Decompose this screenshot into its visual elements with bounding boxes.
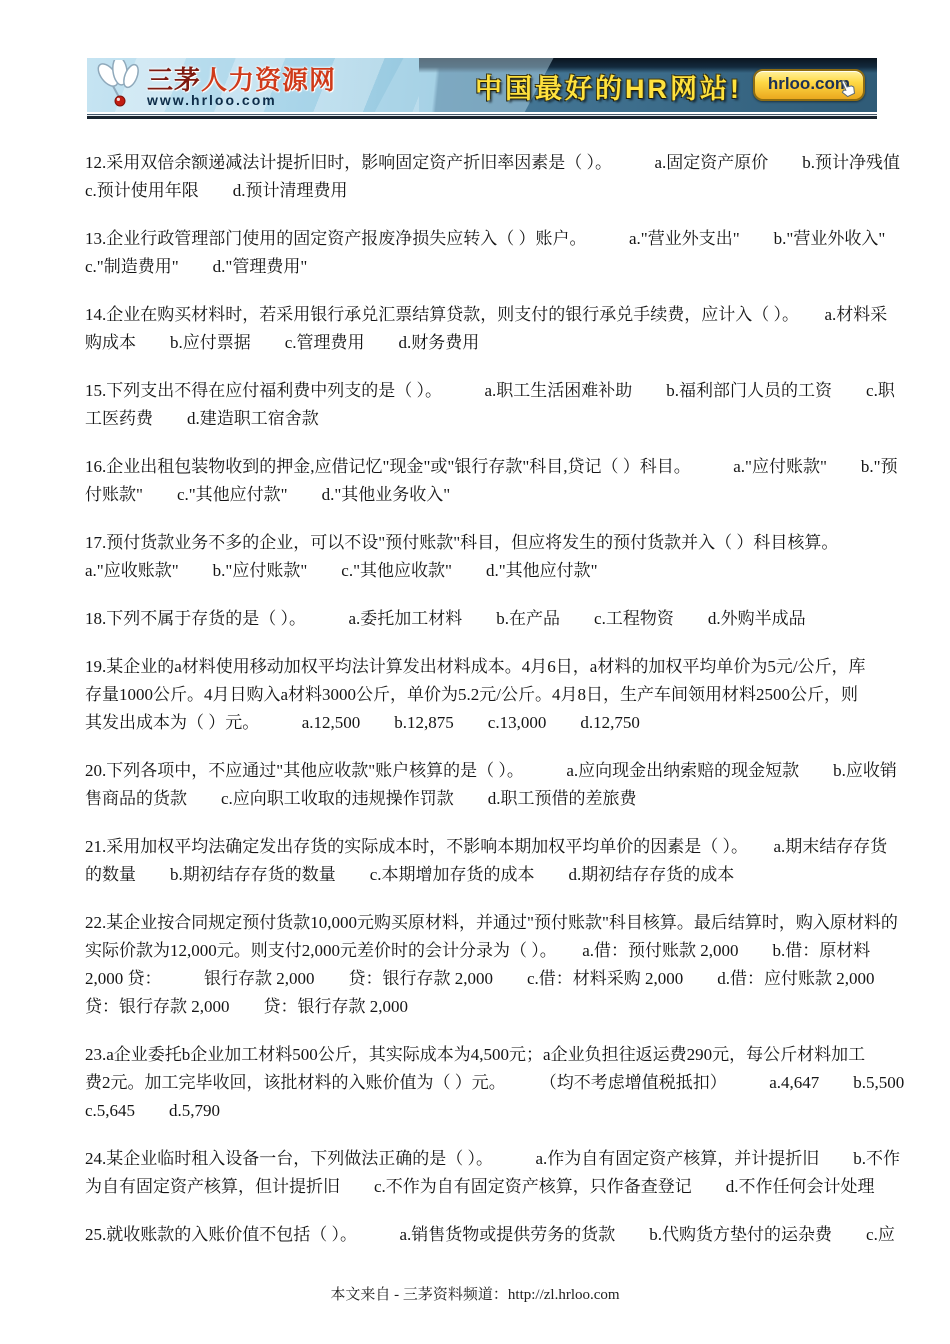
question-line: 工医药费 d.建造职工宿舍款 (85, 405, 895, 433)
question-16: 16.企业出租包装物收到的押金,应借记忆"现金"或"银行存款"科目,贷记（ ）科… (85, 453, 895, 509)
question-21: 21.采用加权平均法确定发出存货的实际成本时，不影响本期加权平均单价的因素是（ … (85, 833, 895, 889)
question-line: 其发出成本为（ ）元。 a.12,500 b.12,875 c.13,000 d… (85, 709, 895, 737)
question-22: 22.某企业按合同规定预付货款10,000元购买原材料，并通过"预付账款"科目核… (85, 909, 895, 1021)
header-ad-banner[interactable]: 三茅人力资源网 www.hrloo.com 中国最好的HR网站! hrloo.c… (87, 58, 877, 112)
question-25: 25.就收账款的入账价值不包括（ ）。 a.销售货物或提供劳务的货款 b.代购货… (85, 1221, 895, 1249)
shuttlecock-icon (93, 60, 145, 112)
question-14: 14.企业在购买材料时，若采用银行承兑汇票结算贷款，则支付的银行承兑手续费，应计… (85, 301, 895, 357)
question-line: 14.企业在购买材料时，若采用银行承兑汇票结算贷款，则支付的银行承兑手续费，应计… (85, 301, 895, 329)
question-line: 为自有固定资产核算，但计提折旧 c.不作为自有固定资产核算，只作备查登记 d.不… (85, 1173, 895, 1201)
footer-link[interactable]: http://zl.hrloo.com (508, 1287, 620, 1303)
site-name: 三茅人力资源网 (147, 65, 336, 95)
question-15: 15.下列支出不得在应付福利费中列支的是（ ）。 a.职工生活困难补助 b.福利… (85, 377, 895, 433)
hand-cursor-icon (837, 78, 857, 103)
question-line: 23.a企业委托b企业加工材料500公斤，其实际成本为4,500元；a企业负担往… (85, 1041, 895, 1069)
page: 三茅人力资源网 www.hrloo.com 中国最好的HR网站! hrloo.c… (0, 58, 950, 1304)
question-line: 20.下列各项中，不应通过"其他应收款"账户核算的是（ ）。 a.应向现金出纳索… (85, 757, 895, 785)
question-line: 2,000 贷： 银行存款 2,000 贷：银行存款 2,000 c.借：材料采… (85, 965, 895, 993)
question-line: 12.采用双倍余额递减法计提折旧时，影响固定资产折旧率因素是（ ）。 a.固定资… (85, 149, 895, 177)
question-line: 付账款" c."其他应付款" d."其他业务收入" (85, 481, 895, 509)
question-line: 的数量 b.期初结存存货的数量 c.本期增加存货的成本 d.期初结存存货的成本 (85, 861, 895, 889)
site-logo[interactable]: 三茅人力资源网 www.hrloo.com (93, 60, 336, 112)
question-line: 24.某企业临时租入设备一台，下列做法正确的是（ ）。 a.作为自有固定资产核算… (85, 1145, 895, 1173)
question-line: 费2元。加工完毕收回，该批材料的入账价值为（ ）元。 （均不考虑增值税抵扣） a… (85, 1069, 895, 1097)
question-line: 存量1000公斤。4月日购入a材料3000公斤，单价为5.2元/公斤。4月8日，… (85, 681, 895, 709)
question-line: c.预计使用年限 d.预计清理费用 (85, 177, 895, 205)
question-line: 19.某企业的a材料使用移动加权平均法计算发出材料成本。4月6日，a材料的加权平… (85, 653, 895, 681)
question-line: c.5,645 d.5,790 (85, 1097, 895, 1125)
question-17: 17.预付货款业务不多的企业，可以不设"预付账款"科目，但应将发生的预付货款并入… (85, 529, 895, 585)
footer-text: 本文来自 - 三茅资料频道： (330, 1287, 508, 1303)
question-13: 13.企业行政管理部门使用的固定资产报废净损失应转入（ ）账户。 a."营业外支… (85, 225, 895, 281)
site-logo-text: 三茅人力资源网 www.hrloo.com (147, 67, 336, 109)
site-url: www.hrloo.com (147, 92, 277, 108)
question-line: 16.企业出租包装物收到的押金,应借记忆"现金"或"银行存款"科目,贷记（ ）科… (85, 453, 895, 481)
question-line: 贷：银行存款 2,000 贷：银行存款 2,000 (85, 993, 895, 1021)
question-line: 25.就收账款的入账价值不包括（ ）。 a.销售货物或提供劳务的货款 b.代购货… (85, 1221, 895, 1249)
question-line: 购成本 b.应付票据 c.管理费用 d.财务费用 (85, 329, 895, 357)
hrloo-badge-button[interactable]: hrloo.com (753, 69, 865, 101)
question-24: 24.某企业临时租入设备一台，下列做法正确的是（ ）。 a.作为自有固定资产核算… (85, 1145, 895, 1201)
question-line: 18.下列不属于存货的是（ ）。 a.委托加工材料 b.在产品 c.工程物资 d… (85, 605, 895, 633)
footer: 本文来自 - 三茅资料频道：http://zl.hrloo.com (0, 1283, 950, 1304)
question-line: 13.企业行政管理部门使用的固定资产报废净损失应转入（ ）账户。 a."营业外支… (85, 225, 895, 253)
question-18: 18.下列不属于存货的是（ ）。 a.委托加工材料 b.在产品 c.工程物资 d… (85, 605, 895, 633)
question-line: 15.下列支出不得在应付福利费中列支的是（ ）。 a.职工生活困难补助 b.福利… (85, 377, 895, 405)
banner-slogan: 中国最好的HR网站! (475, 67, 742, 106)
question-12: 12.采用双倍余额递减法计提折旧时，影响固定资产折旧率因素是（ ）。 a.固定资… (85, 149, 895, 205)
question-19: 19.某企业的a材料使用移动加权平均法计算发出材料成本。4月6日，a材料的加权平… (85, 653, 895, 737)
question-23: 23.a企业委托b企业加工材料500公斤，其实际成本为4,500元；a企业负担往… (85, 1041, 895, 1125)
question-line: 17.预付货款业务不多的企业，可以不设"预付账款"科目，但应将发生的预付货款并入… (85, 529, 895, 557)
question-line: 22.某企业按合同规定预付货款10,000元购买原材料，并通过"预付账款"科目核… (85, 909, 895, 937)
question-line: 实际价款为12,000元。则支付2,000元差价时的会计分录为（ ）。 a.借：… (85, 937, 895, 965)
question-20: 20.下列各项中，不应通过"其他应收款"账户核算的是（ ）。 a.应向现金出纳索… (85, 757, 895, 813)
question-line: 21.采用加权平均法确定发出存货的实际成本时，不影响本期加权平均单价的因素是（ … (85, 833, 895, 861)
question-line: a."应收账款" b."应付账款" c."其他应收款" d."其他应付款" (85, 557, 895, 585)
banner-separator-line (87, 114, 877, 119)
questions: 12.采用双倍余额递减法计提折旧时，影响固定资产折旧率因素是（ ）。 a.固定资… (85, 149, 895, 1249)
question-line: 售商品的货款 c.应向职工收取的违规操作罚款 d.职工预借的差旅费 (85, 785, 895, 813)
question-line: c."制造费用" d."管理费用" (85, 253, 895, 281)
